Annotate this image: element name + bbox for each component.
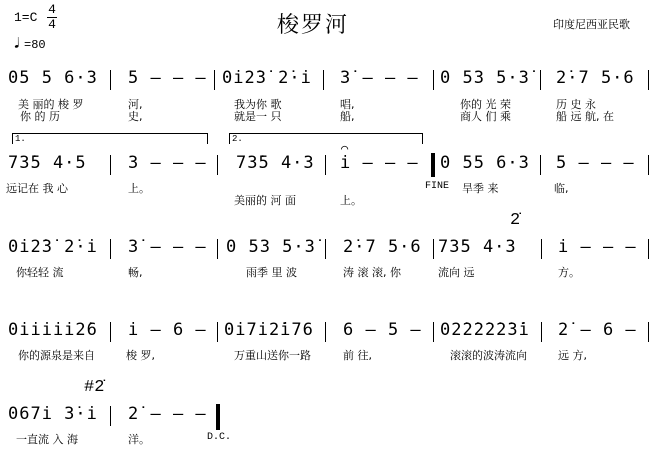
measure-notes: 6 – 5 – — [343, 320, 422, 340]
measure-notes: 0 55 6·3 — [440, 153, 530, 173]
barline — [540, 70, 541, 90]
measure-notes: 73̇5 4·3 — [438, 237, 517, 257]
barline — [110, 406, 111, 426]
barline — [110, 239, 111, 259]
lyrics-verse-1: 远 方, — [558, 347, 587, 363]
barline — [540, 155, 541, 175]
measure-notes: 2̇ – – – — [128, 404, 207, 424]
barline — [648, 155, 649, 175]
barline — [325, 322, 326, 342]
measure-notes: 5 – – – — [128, 68, 207, 88]
time-sig-bottom: 4 — [47, 19, 57, 31]
measure-notes: 2̇·7 5·6 — [343, 237, 422, 257]
barline — [214, 70, 215, 90]
lyrics-verse-1: 洋。 — [128, 431, 150, 447]
lyrics-verse-2: 美丽的 河 面 — [234, 192, 296, 208]
barline — [110, 70, 111, 90]
measure-notes: 0 53 5·3̇ — [226, 237, 316, 257]
lyrics-verse-2: 你 的 历 — [20, 108, 60, 124]
lyrics-verse-1: 你轻轻 流 — [16, 264, 64, 280]
measure-notes: 05 5 6·3 — [8, 68, 98, 88]
barline — [541, 239, 542, 259]
volta-1-bracket: 1. — [12, 133, 208, 144]
barline — [110, 322, 111, 342]
page-title: 梭罗河 — [277, 8, 349, 39]
measure-notes: 3̇ – – – — [128, 237, 207, 257]
measure-notes: 3̇ – – – — [340, 68, 419, 88]
barline — [433, 70, 434, 90]
barline — [217, 322, 218, 342]
barline — [648, 70, 649, 90]
lyrics-verse-1: 你的源泉是来自 — [18, 347, 95, 363]
lyrics-verse-2: 上。 — [340, 192, 362, 208]
volta-2-bracket: 2. — [229, 133, 423, 144]
measure-notes: 0i7i2̇i76 — [224, 320, 314, 340]
final-barline — [216, 404, 220, 430]
barline — [433, 322, 434, 342]
lyrics-verse-2: 就是一 只 — [234, 108, 282, 124]
lyrics-verse-1: 旱季 来 — [462, 180, 499, 196]
lyrics-verse-2: 史, — [128, 108, 143, 124]
measure-notes: 3 – – – — [128, 153, 207, 173]
lyrics-verse-1: 一直流 入 海 — [16, 431, 78, 447]
barline — [648, 322, 649, 342]
lyrics-verse-2: 商人 们 乘 — [460, 108, 511, 124]
measure-notes: 73̇5 4·3 — [236, 153, 315, 173]
barline — [325, 239, 326, 259]
measure-notes: 0i2̇3̇ 2̇·i — [8, 237, 98, 257]
barline — [217, 239, 218, 259]
barline — [217, 155, 218, 175]
grace-note: 2̇ — [510, 211, 520, 230]
barline — [110, 155, 111, 175]
measure-notes: 2̇ – 6 – — [558, 320, 637, 340]
time-signature: 4 4 — [47, 4, 57, 31]
lyrics-verse-1: 流向 远 — [438, 264, 475, 280]
barline — [433, 239, 434, 259]
barline — [648, 239, 649, 259]
measure-notes: i – – – — [340, 153, 419, 173]
lyrics-verse-1: 涛 滚 滚, 你 — [343, 264, 401, 280]
measure-notes: 73̇5 4·5 — [8, 153, 87, 173]
measure-notes: 2̇·7 5·6 — [556, 68, 635, 88]
measure-notes: 5 – – – — [556, 153, 635, 173]
lyrics-verse-1: 万重山送你一路 — [234, 347, 311, 363]
lyrics-verse-2: 船, — [340, 108, 355, 124]
time-sig-top: 4 — [47, 4, 57, 16]
lyrics-verse-2: 船 远 航, 在 — [556, 108, 614, 124]
song-origin: 印度尼西亚民歌 — [553, 16, 630, 32]
dc-marking: D.C. — [207, 432, 231, 443]
barline — [323, 70, 324, 90]
fine-marking: FINE — [425, 181, 449, 192]
lyrics-verse-1: 畅, — [128, 264, 143, 280]
lyrics-verse-1: 梭 罗, — [126, 347, 155, 363]
measure-notes: 067i 3̇·i — [8, 404, 98, 424]
grace-note-sharp: #2̇ — [84, 378, 104, 397]
lyrics-verse-1: 临, — [554, 180, 569, 196]
barline — [325, 155, 326, 175]
lyrics-verse-1: 滚滚的波涛流向 — [450, 347, 527, 363]
barline — [541, 322, 542, 342]
lyrics-verse-1: 方。 — [558, 264, 580, 280]
final-barline — [431, 153, 435, 177]
measure-notes: i – – – — [558, 237, 637, 257]
lyrics-verse-1: 上。 — [128, 180, 150, 196]
key-signature: 1=C — [14, 10, 37, 25]
measure-notes: 02̇2̇2̇2̇2̇3̇i — [440, 320, 530, 340]
lyrics-verse-1: 远记在 我 心 — [6, 180, 68, 196]
quarter-note-icon: ♩ — [12, 32, 24, 55]
lyrics-verse-1: 前 往, — [343, 347, 372, 363]
measure-notes: i – 6 – — [128, 320, 207, 340]
lyrics-verse-1: 雨季 里 波 — [246, 264, 297, 280]
tempo-marking: ♩=80 — [12, 32, 46, 55]
measure-notes: 0 53 5·3̇ — [440, 68, 530, 88]
measure-notes: 0i2̇3̇ 2̇·i — [222, 68, 312, 88]
measure-notes: 0iiiii2̇6 — [8, 320, 98, 340]
tempo-value: =80 — [24, 38, 46, 52]
